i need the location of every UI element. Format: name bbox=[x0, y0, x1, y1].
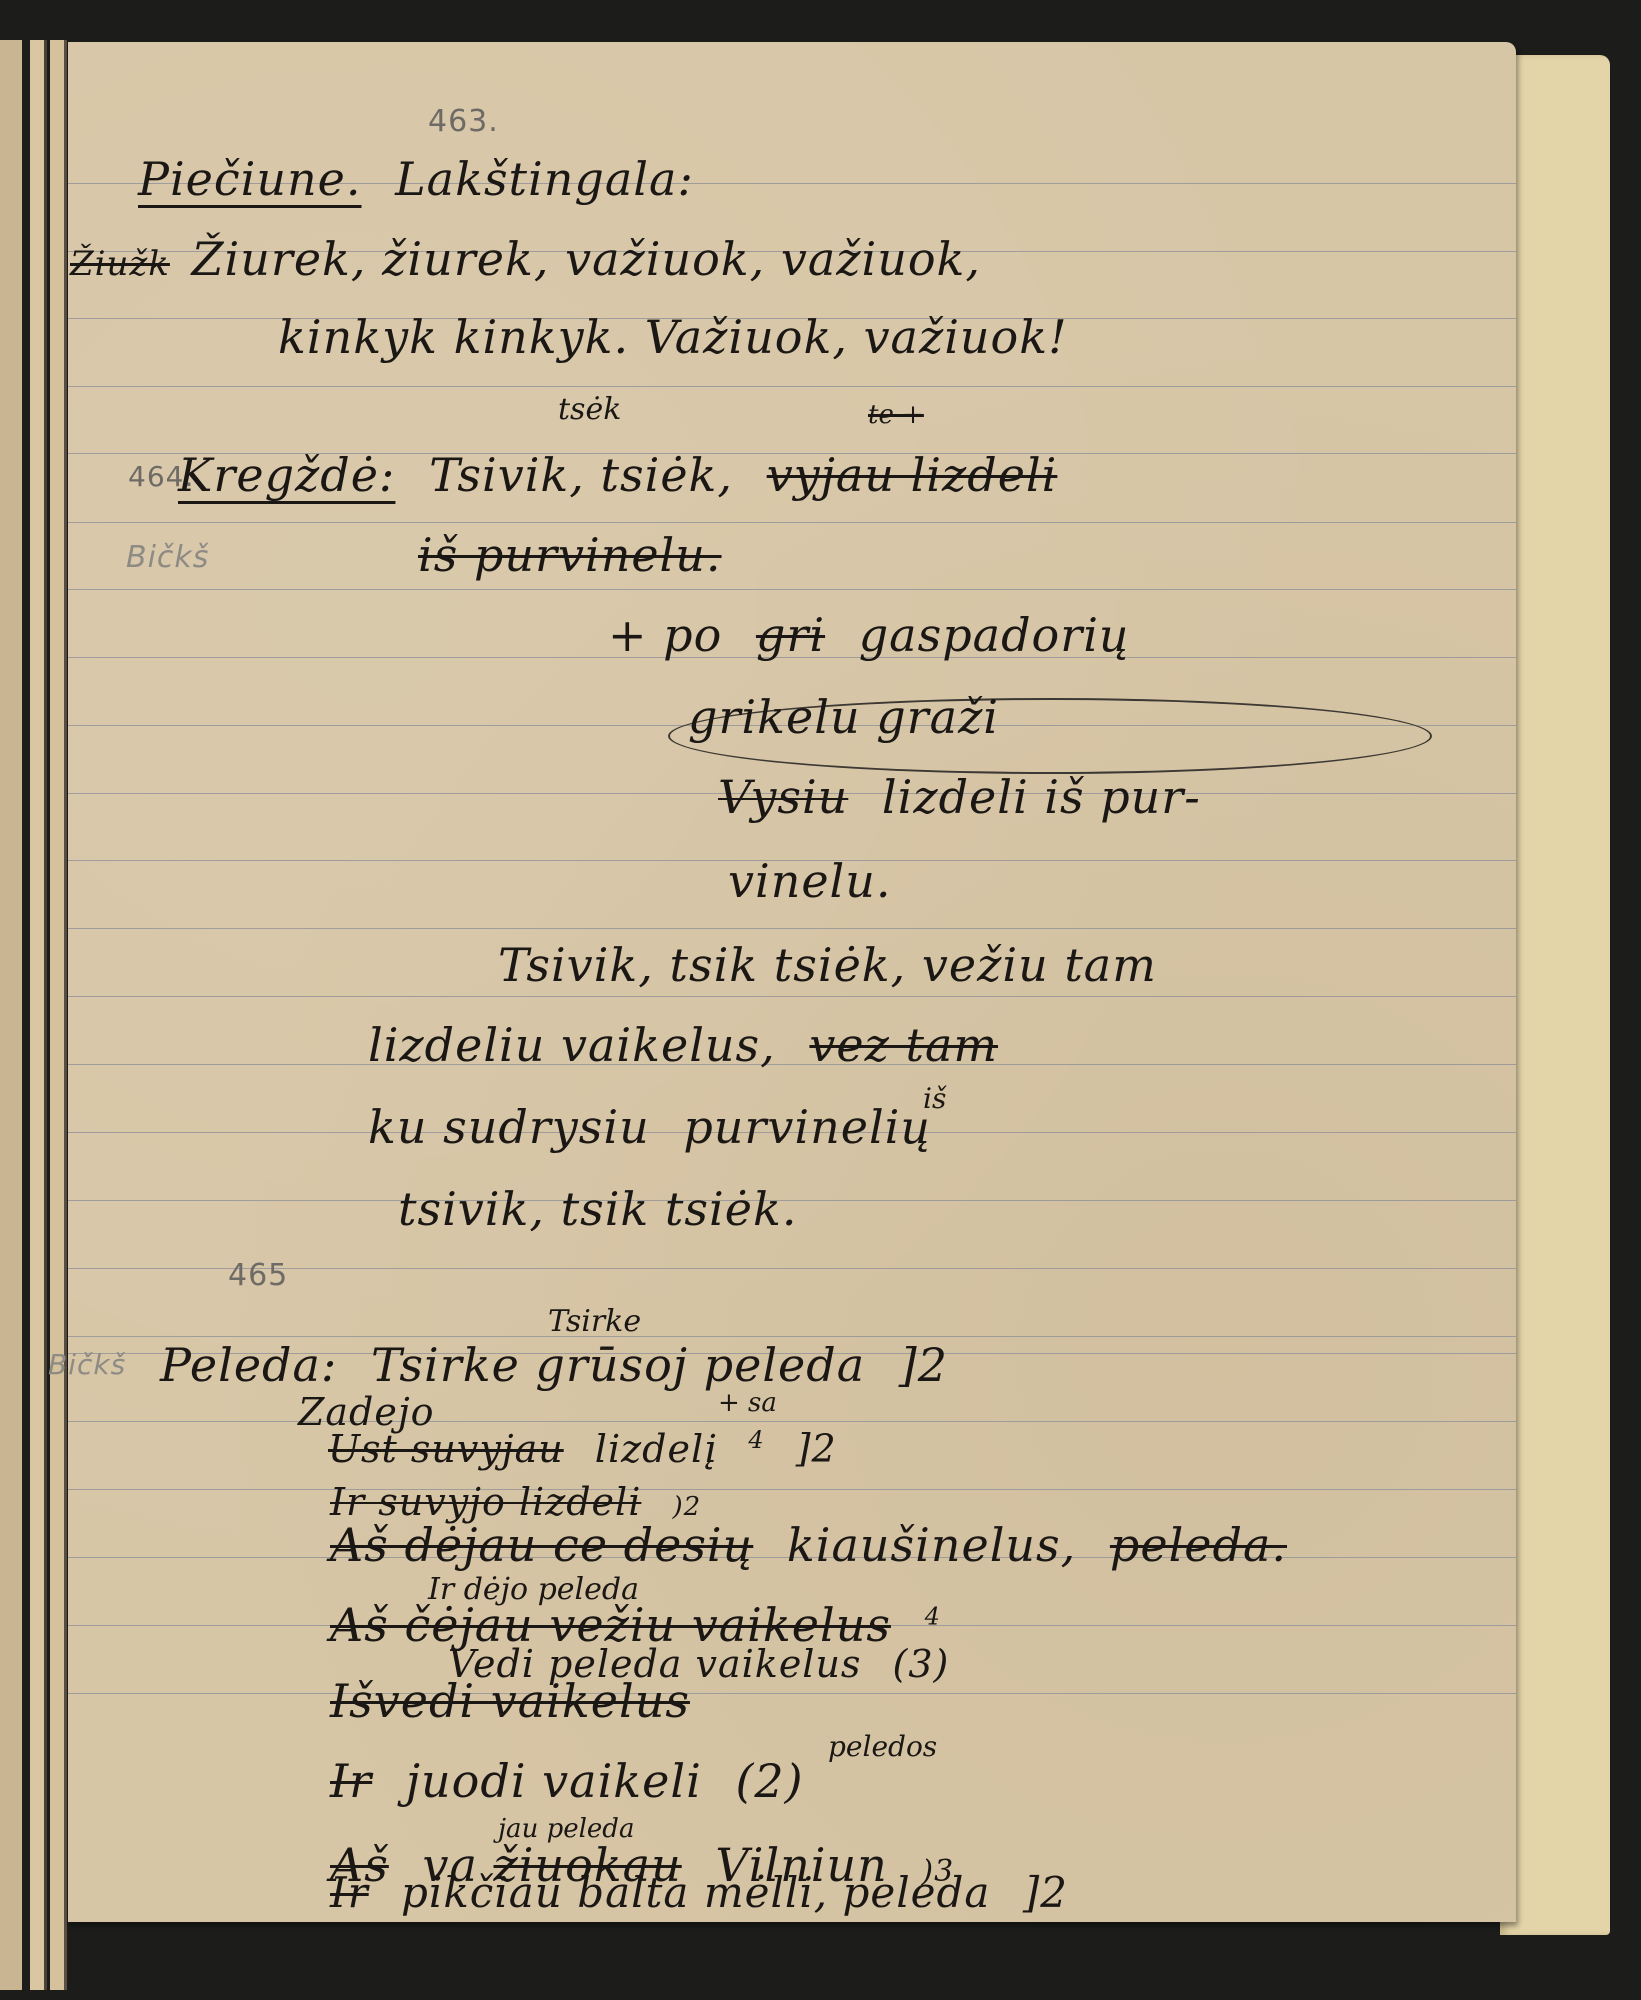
margin-note: Bičkš bbox=[126, 540, 209, 575]
text-line: vinelu. bbox=[728, 854, 892, 908]
struck-text: Ir bbox=[330, 1754, 372, 1808]
struck-text: gri bbox=[756, 608, 825, 662]
struck-text: Vysiu bbox=[718, 770, 848, 824]
entry-number-465: 465 bbox=[228, 1258, 288, 1293]
text-line: Kregždė: Tsivik, tsiėk, vyjau lizdeli bbox=[178, 448, 1057, 502]
struck-text: Ir bbox=[330, 1868, 369, 1917]
line-text: + po bbox=[608, 608, 722, 662]
repeat-marker: ]2 bbox=[1023, 1868, 1068, 1917]
heading-bird: Kregždė: bbox=[178, 448, 395, 502]
struck-text: peleda. bbox=[1110, 1518, 1287, 1572]
line-text: juodi vaikeli bbox=[406, 1754, 702, 1808]
struck-line: Išvedi vaikelus bbox=[330, 1674, 690, 1728]
line-text: lizdeli iš pur- bbox=[882, 770, 1201, 824]
line-text: Tsirke grūsoj peleda bbox=[371, 1338, 865, 1392]
struck-text: vyjau lizdeli bbox=[767, 448, 1058, 502]
struck-text: Ust suvyjau bbox=[328, 1427, 564, 1471]
line-text: lizdeliu vaikelus, bbox=[368, 1018, 776, 1072]
insertion-above: Tsirke bbox=[548, 1304, 641, 1339]
ruled-line bbox=[68, 996, 1516, 997]
struck-line: iš purvinelu. bbox=[418, 528, 722, 582]
repeat-marker: (2) bbox=[735, 1754, 803, 1808]
line-text: gaspadorių bbox=[859, 608, 1130, 662]
ruled-line bbox=[68, 522, 1516, 523]
line-text: purvinelių bbox=[683, 1100, 931, 1154]
binding-strip-3 bbox=[50, 40, 67, 1990]
text-line: Ir pikčiau balta mėlli, peleda ]2 bbox=[330, 1868, 1068, 1917]
ruled-line bbox=[68, 1421, 1516, 1422]
ruled-line bbox=[68, 1693, 1516, 1694]
ruled-line bbox=[68, 386, 1516, 387]
back-page-edge bbox=[1500, 55, 1610, 1935]
line-text: Žiurek, žiurek, važiuok, važiuok, bbox=[192, 232, 982, 286]
text-line: kinkyk kinkyk. Važiuok, važiuok! bbox=[278, 310, 1068, 364]
repeat-marker: (3) bbox=[893, 1642, 950, 1686]
line-text: kiaušinelus, bbox=[787, 1518, 1076, 1572]
text-line: ku sudrysiu purvinelių bbox=[368, 1100, 931, 1154]
heading-place: Piečiune. bbox=[138, 152, 361, 206]
text-line: lizdeliu vaikelus, vez tam bbox=[368, 1018, 998, 1072]
entry-463-heading: Piečiune. Lakštingala: bbox=[138, 152, 694, 206]
count-note: 4 bbox=[925, 1603, 941, 1631]
repeat-marker: ]2 bbox=[796, 1427, 837, 1471]
insertion-above: peledos bbox=[828, 1730, 937, 1763]
text-line: Aš dėjau ce desių kiaušinelus, peleda. bbox=[330, 1518, 1287, 1572]
text-line: tsivik, tsik tsiėk. bbox=[398, 1182, 797, 1236]
ruled-line bbox=[68, 1336, 1516, 1337]
insertion-above: tsėk bbox=[558, 392, 621, 427]
struck-text: vez tam bbox=[809, 1018, 998, 1072]
text-line: Peleda: Tsirke grūsoj peleda ]2 bbox=[160, 1338, 948, 1392]
ruled-line bbox=[68, 1489, 1516, 1490]
repeat-marker: ]2 bbox=[899, 1338, 948, 1392]
text-line: Ust suvyjau lizdelį 4 ]2 bbox=[328, 1426, 837, 1471]
line-text: lizdelį bbox=[595, 1427, 717, 1471]
line-text: Tsivik, tsiėk, bbox=[429, 448, 733, 502]
binding-strip-1 bbox=[0, 40, 22, 1990]
line-text: ku sudrysiu bbox=[368, 1100, 650, 1154]
insertion-above: + sa bbox=[718, 1388, 777, 1418]
text-line: + po gri gaspadorių bbox=[608, 608, 1130, 662]
insertion-above: te + bbox=[868, 400, 924, 430]
text-line: Vysiu lizdeli iš pur- bbox=[718, 770, 1201, 824]
ruled-line bbox=[68, 928, 1516, 929]
count-note: 4 bbox=[748, 1426, 764, 1454]
entry-number-463: 463. bbox=[428, 104, 499, 139]
ruled-line bbox=[68, 589, 1516, 590]
line-text: pikčiau balta mėlli, peleda bbox=[401, 1868, 990, 1917]
text-line: Ir juodi vaikeli (2) bbox=[330, 1754, 804, 1808]
text-line: Žiužk Žiurek, žiurek, važiuok, važiuok, bbox=[70, 232, 981, 286]
struck-word: Žiužk bbox=[70, 244, 170, 284]
text-line: grikelu graži bbox=[688, 690, 999, 744]
heading-bird: Peleda: bbox=[160, 1338, 337, 1392]
notebook-page: 463. Piečiune. Lakštingala: Žiužk Žiurek… bbox=[68, 42, 1516, 1922]
margin-note: Bičkš bbox=[48, 1348, 126, 1381]
text-line: Tsivik, tsik tsiėk, vežiu tam bbox=[498, 938, 1157, 992]
heading-bird: Lakštingala: bbox=[395, 152, 694, 206]
binding-strip-2 bbox=[30, 40, 47, 1990]
struck-text: Aš dėjau ce desių bbox=[330, 1518, 753, 1572]
